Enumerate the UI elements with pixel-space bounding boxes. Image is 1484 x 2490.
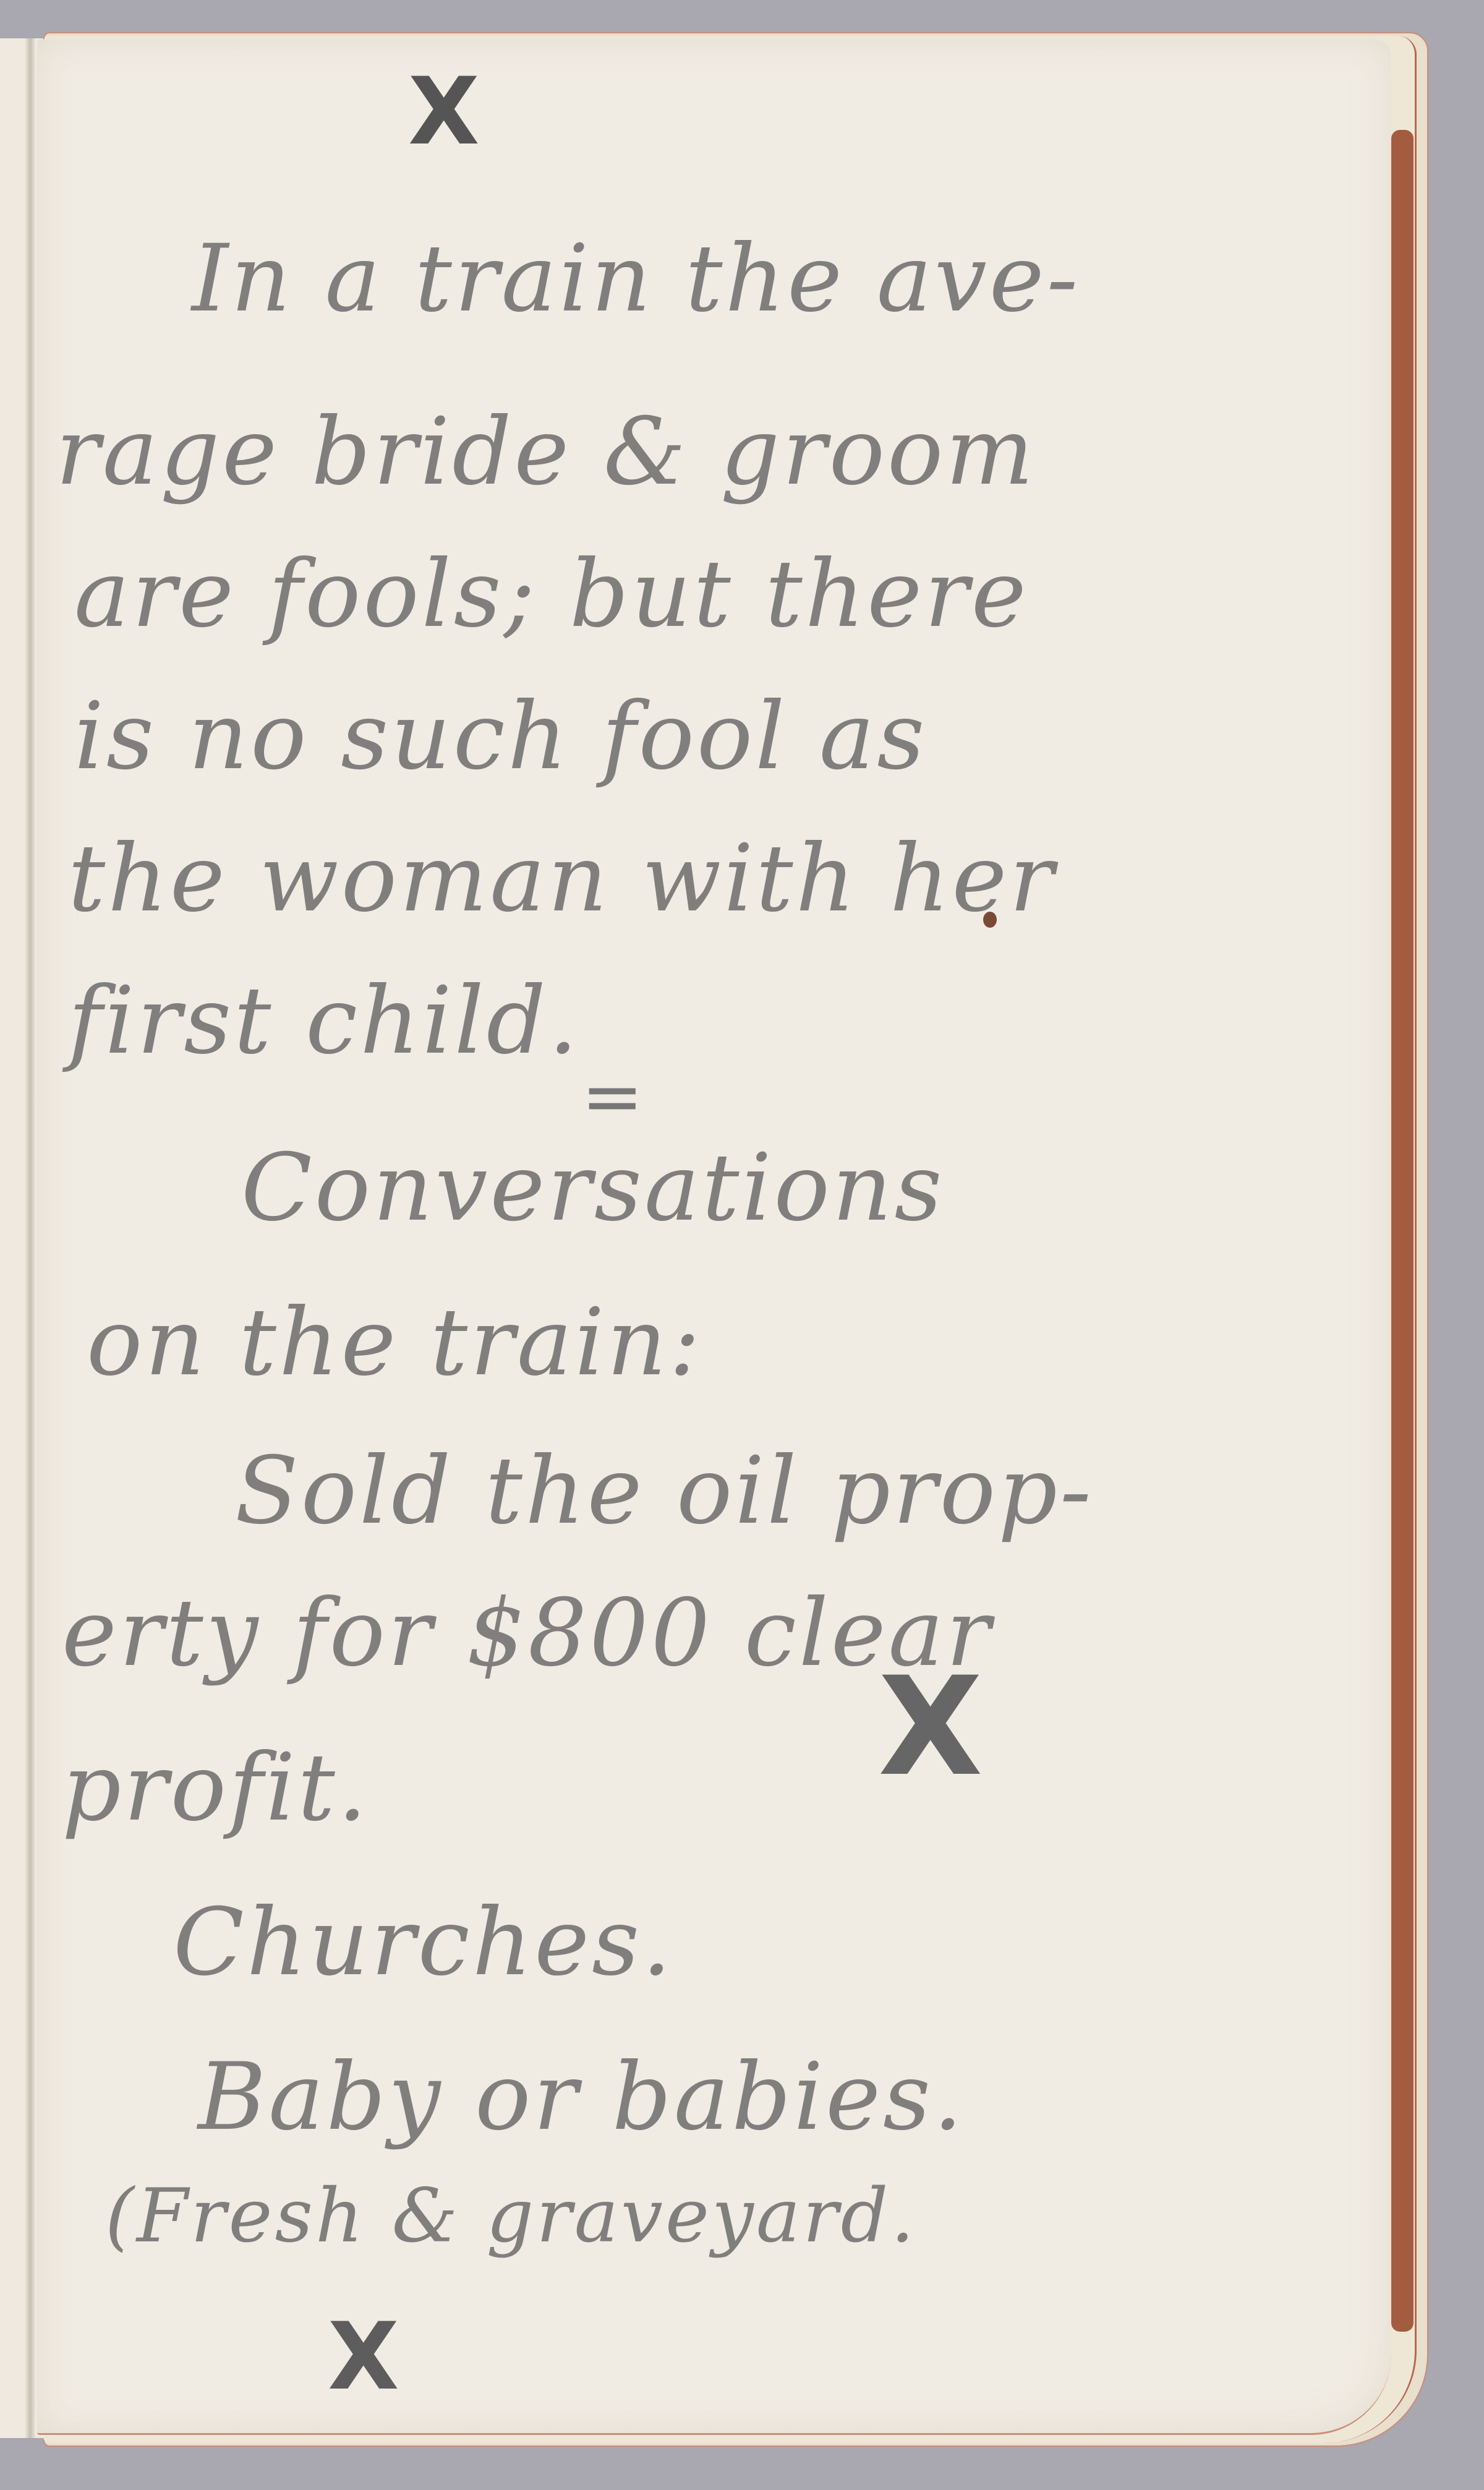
text-line-12: Churches. xyxy=(173,1889,674,1996)
text-line-14: (Fresh & graveyard. xyxy=(105,2173,917,2259)
text-line-1: In a train the ave- xyxy=(192,225,1080,333)
cross-mark-top: X xyxy=(408,58,480,166)
text-line-2: rage bride & groom xyxy=(56,398,1036,506)
notebook-page: X In a train the ave- rage bride & groom… xyxy=(37,40,1391,2435)
ink-stain xyxy=(983,912,997,928)
text-line-3: are fools; but there xyxy=(74,541,1029,648)
text-line-4: is no such fool as xyxy=(74,683,927,790)
separator-mark: = xyxy=(581,1054,644,1140)
text-line-10: erty for $800 clear xyxy=(62,1580,993,1687)
text-line-7: Conversations xyxy=(241,1134,944,1242)
text-line-5: the woman with her xyxy=(68,825,1056,933)
cross-mark-middle: X xyxy=(878,1648,983,1806)
text-line-13: Baby or babies. xyxy=(198,2043,965,2151)
text-line-11: profit. xyxy=(62,1734,369,1842)
cover-edge xyxy=(1391,130,1414,2332)
text-line-9: Sold the oil prop- xyxy=(235,1437,1094,1545)
text-line-6: first child. xyxy=(68,967,580,1075)
page-gutter xyxy=(25,38,36,2438)
text-line-8: on the train: xyxy=(87,1289,702,1397)
cross-mark-bottom: X xyxy=(328,2303,399,2411)
